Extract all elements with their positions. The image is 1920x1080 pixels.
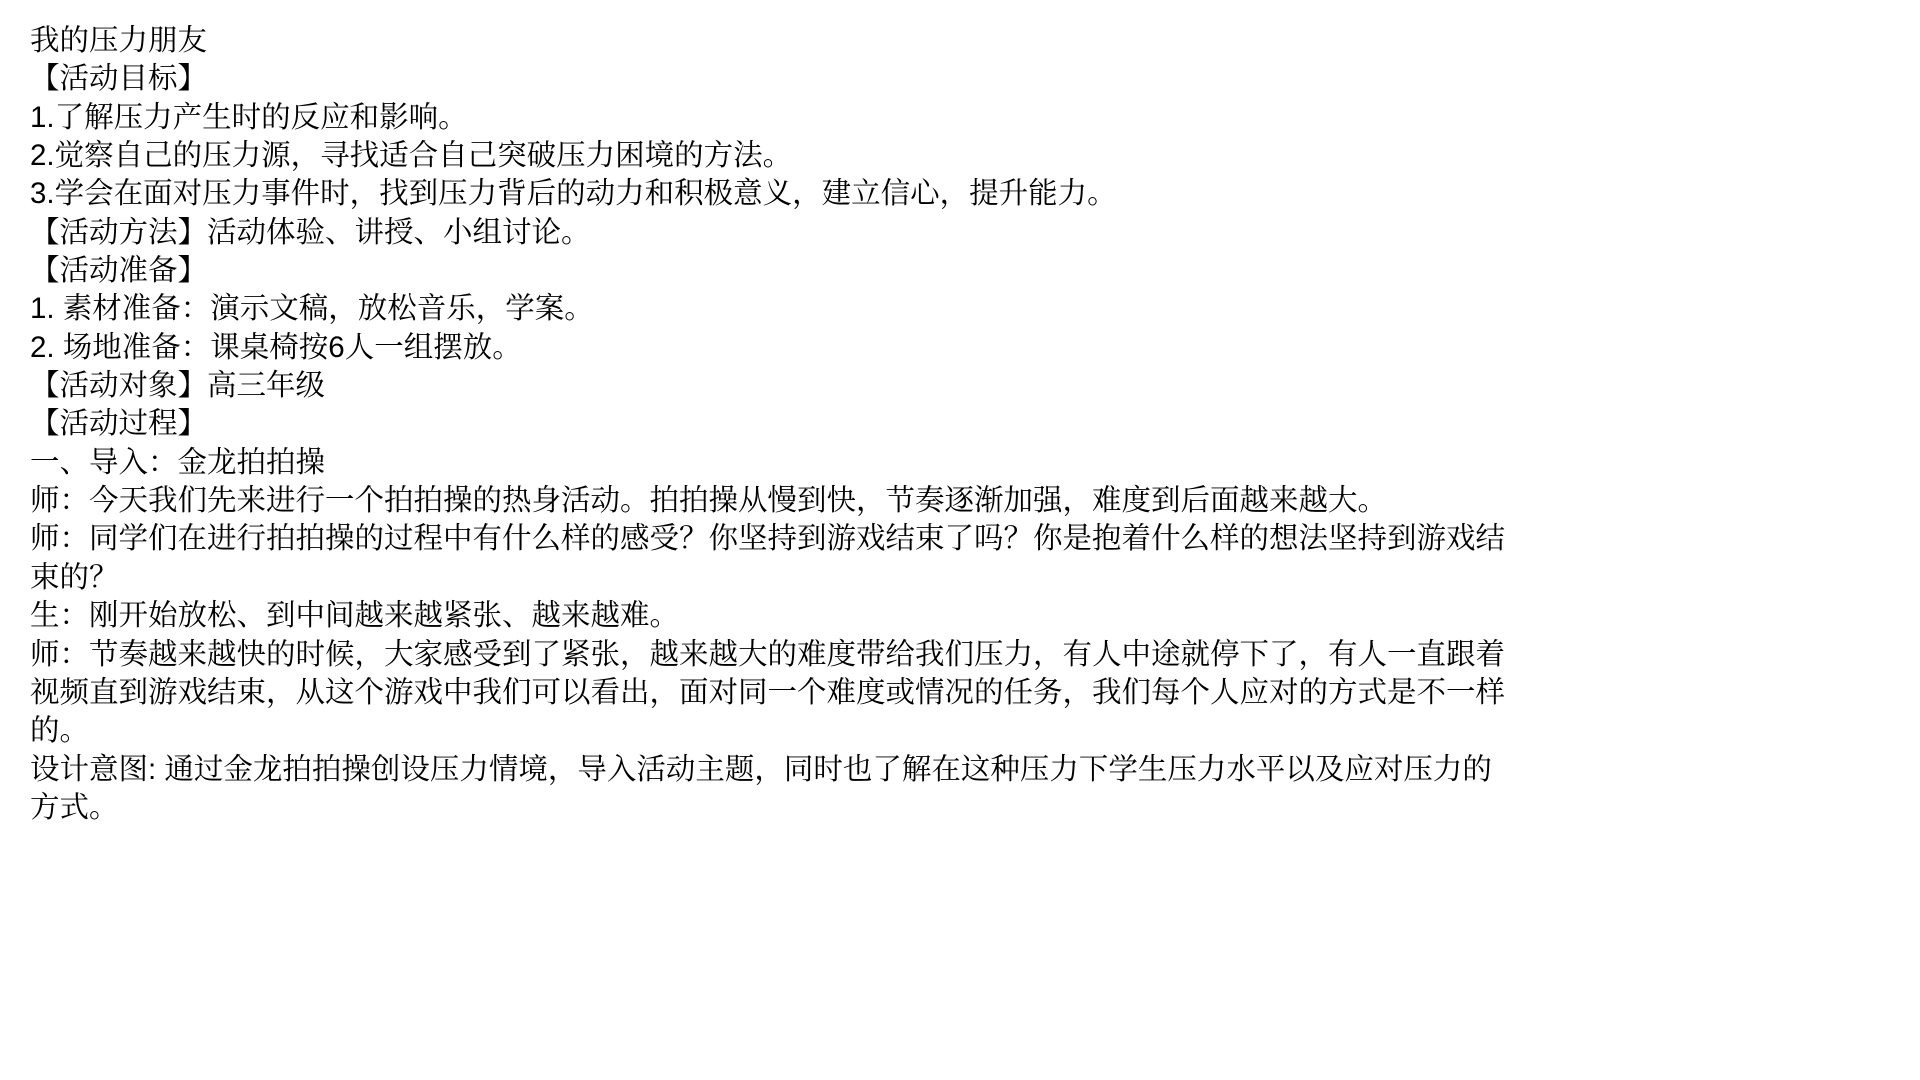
teacher-line-3: 师：节奏越来越快的时候，大家感受到了紧张，越来越大的难度带给我们压力，有人中途就… <box>30 636 1510 751</box>
prep-item-materials: 1. 素材准备：演示文稿，放松音乐，学案。 <box>30 290 1510 328</box>
prep-item-venue: 2. 场地准备：课桌椅按6人一组摆放。 <box>30 329 1510 367</box>
student-line-1: 生：刚开始放松、到中间越来越紧张、越来越难。 <box>30 597 1510 635</box>
document-page: 我的压力朋友 【活动目标】 1.了解压力产生时的反应和影响。 2.觉察自己的压力… <box>0 0 1920 1080</box>
process-step-1-title: 一、导入：金龙拍拍操 <box>30 444 1510 482</box>
teacher-line-2: 师：同学们在进行拍拍操的过程中有什么样的感受？你坚持到游戏结束了吗？你是抱着什么… <box>30 520 1510 597</box>
goal-item-1: 1.了解压力产生时的反应和影响。 <box>30 99 1510 137</box>
goal-item-2: 2.觉察自己的压力源，寻找适合自己突破压力困境的方法。 <box>30 137 1510 175</box>
section-header-preparation: 【活动准备】 <box>30 252 1510 290</box>
section-audience: 【活动对象】高三年级 <box>30 367 1510 405</box>
goal-item-3: 3.学会在面对压力事件时，找到压力背后的动力和积极意义，建立信心，提升能力。 <box>30 175 1510 213</box>
section-header-goals: 【活动目标】 <box>30 60 1510 98</box>
teacher-line-1: 师：今天我们先来进行一个拍拍操的热身活动。拍拍操从慢到快，节奏逐渐加强，难度到后… <box>30 482 1510 520</box>
section-methods: 【活动方法】活动体验、讲授、小组讨论。 <box>30 214 1510 252</box>
document-body: 我的压力朋友 【活动目标】 1.了解压力产生时的反应和影响。 2.觉察自己的压力… <box>30 22 1510 827</box>
section-header-process: 【活动过程】 <box>30 405 1510 443</box>
design-intent: 设计意图: 通过金龙拍拍操创设压力情境，导入活动主题，同时也了解在这种压力下学生… <box>30 751 1510 828</box>
page-title: 我的压力朋友 <box>30 22 1510 60</box>
